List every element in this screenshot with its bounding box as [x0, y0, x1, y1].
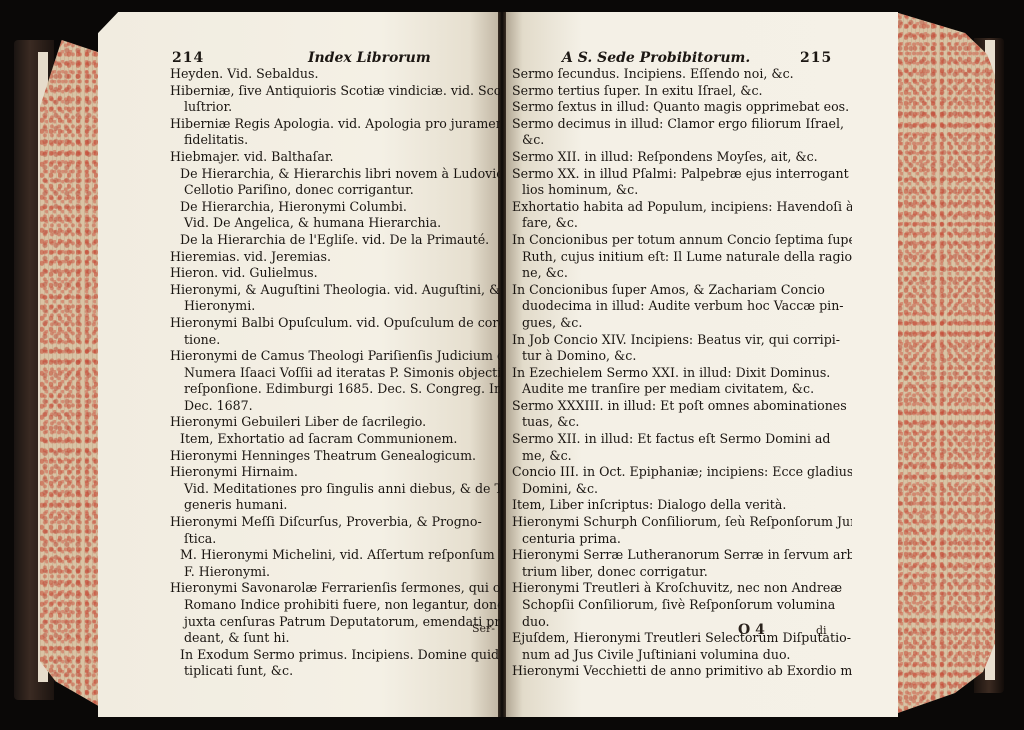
index-entry-line: De Hierarchia, & Hierarchis libri novem … [170, 166, 500, 183]
index-entry-line: Hieronymi Savonarolæ Ferrarienſis ſermon… [170, 580, 500, 597]
index-entry-line: fare, &c. [512, 215, 852, 232]
left-page-number: 214 [172, 50, 204, 66]
index-entry-line: Audite me tranſire per mediam civitatem,… [512, 381, 852, 398]
index-entry-line: In Concionibus per totum annum Concio ſe… [512, 232, 852, 249]
right-page-index-entries: Sermo ſecundus. Incipiens. Eſſendo noi, … [512, 66, 852, 680]
index-entry-line: Sermo XXXIII. in illud: Et poſt omnes ab… [512, 398, 852, 415]
index-entry-line: Hieronymi Henninges Theatrum Genealogicu… [170, 448, 500, 465]
left-catchword: Ser- [472, 622, 495, 635]
index-entry-line: In Concionibus ſuper Amos, & Zachariam C… [512, 282, 852, 299]
index-entry-line: luſtrior. [170, 99, 500, 116]
index-entry-line: Hieronymi Serræ Lutheranorum Serræ in ſe… [512, 547, 852, 564]
left-running-title: Index Librorum [308, 50, 431, 66]
index-entry-line: Hieronymi Hirnaim. [170, 464, 500, 481]
sprinkled-page-edge-right [895, 12, 995, 714]
index-entry-line: Domini, &c. [512, 481, 852, 498]
index-entry-line: deant, & ſunt hi. [170, 630, 500, 647]
right-catchword: di [816, 624, 827, 637]
index-entry-line: ne, &c. [512, 265, 852, 282]
index-entry-line: Hieronymi Balbi Opuſculum. vid. Opuſculu… [170, 315, 500, 332]
index-entry-line: Sermo tertius ſuper. In exitu Iſrael, &c… [512, 83, 852, 100]
index-entry-line: Hieronymi, & Auguſtini Theologia. vid. A… [170, 282, 500, 299]
index-entry-line: Hieronymi Vecchietti de anno primitivo a… [512, 663, 852, 680]
index-entry-line: Hieronymi. [170, 298, 500, 315]
index-entry-line: Vid. De Angelica, & humana Hierarchia. [170, 215, 500, 232]
index-entry-line: &c. [512, 132, 852, 149]
index-entry-line: Dec. 1687. [170, 398, 500, 415]
index-entry-line: Hieronymi Schurph Conſiliorum, ſeù Reſpo… [512, 514, 852, 531]
index-entry-line: Ejuſdem, Hieronymi Treutleri Selectorum … [512, 630, 852, 647]
sprinkled-page-edge-left [40, 40, 102, 708]
index-entry-line: Sermo decimus in illud: Clamor ergo fili… [512, 116, 852, 133]
index-entry-line: Vid. Meditationes pro ſingulis anni dieb… [170, 481, 500, 498]
index-entry-line: Hieremias. vid. Jeremias. [170, 249, 500, 266]
index-entry-line: lios hominum, &c. [512, 182, 852, 199]
index-entry-line: duo. [512, 614, 852, 631]
index-entry-line: De la Hierarchia de l'Egliſe. vid. De la… [170, 232, 500, 249]
index-entry-line: Item, Liber inſcriptus: Dialogo della ve… [512, 497, 852, 514]
index-entry-line: juxta cenſuras Patrum Deputatorum, emend… [170, 614, 500, 631]
left-page-index-entries: Heyden. Vid. Sebaldus.Hiberniæ, ſive Ant… [170, 66, 500, 680]
index-entry-line: tur à Domino, &c. [512, 348, 852, 365]
index-entry-line: Item, Exhortatio ad ſacram Communionem. [170, 431, 500, 448]
index-entry-line: Numera Iſaaci Voſſii ad iteratas P. Simo… [170, 365, 500, 382]
index-entry-line: Sermo ſecundus. Incipiens. Eſſendo noi, … [512, 66, 852, 83]
index-entry-line: Hiberniæ Regis Apologia. vid. Apologia p… [170, 116, 500, 133]
signature-mark: O 4 [738, 622, 765, 638]
index-entry-line: Schopſii Conſiliorum, ſivè Reſponſorum v… [512, 597, 852, 614]
index-entry-line: Sermo XII. in illud: Et factus eſt Sermo… [512, 431, 852, 448]
index-entry-line: Hieronymi de Camus Theologi Pariſienſis … [170, 348, 500, 365]
index-entry-line: Hiberniæ, ſive Antiquioris Scotiæ vindic… [170, 83, 500, 100]
index-entry-line: me, &c. [512, 448, 852, 465]
index-entry-line: In Job Concio XIV. Incipiens: Beatus vir… [512, 332, 852, 349]
index-entry-line: Exhortatio habita ad Populum, incipiens:… [512, 199, 852, 216]
index-entry-line: In Exodum Sermo primus. Incipiens. Domin… [170, 647, 500, 664]
index-entry-line: Sermo XX. in illud Pſalmi: Palpebræ ejus… [512, 166, 852, 183]
index-entry-line: Cellotio Pariſino, donec corrigantur. [170, 182, 500, 199]
index-entry-line: Concio III. in Oct. Epiphaniæ; incipiens… [512, 464, 852, 481]
index-entry-line: generis humani. [170, 497, 500, 514]
index-entry-line: Hieronymi Meſſi Diſcurſus, Proverbia, & … [170, 514, 500, 531]
index-entry-line: tuas, &c. [512, 414, 852, 431]
index-entry-line: Hieron. vid. Gulielmus. [170, 265, 500, 282]
index-entry-line: gues, &c. [512, 315, 852, 332]
index-entry-line: trium liber, donec corrigatur. [512, 564, 852, 581]
right-running-title: A S. Sede Probibitorum. [562, 50, 750, 66]
index-entry-line: M. Hieronymi Michelini, vid. Aſſertum re… [170, 547, 500, 564]
index-entry-line: num ad Jus Civile Juſtiniani volumina du… [512, 647, 852, 664]
index-entry-line: tiplicati ſunt, &c. [170, 663, 500, 680]
index-entry-line: Heyden. Vid. Sebaldus. [170, 66, 500, 83]
index-entry-line: Hieronymi Treutleri à Kroſchuvitz, nec n… [512, 580, 852, 597]
index-entry-line: tione. [170, 332, 500, 349]
index-entry-line: fidelitatis. [170, 132, 500, 149]
index-entry-line: Hiebmajer. vid. Balthaſar. [170, 149, 500, 166]
index-entry-line: Hieronymi Gebuileri Liber de ſacrilegio. [170, 414, 500, 431]
index-entry-line: De Hierarchia, Hieronymi Columbi. [170, 199, 500, 216]
index-entry-line: Sermo XII. in illud: Reſpondens Moyſes, … [512, 149, 852, 166]
index-entry-line: reſponſione. Edimburgi 1685. Dec. S. Con… [170, 381, 500, 398]
index-entry-line: centuria prima. [512, 531, 852, 548]
index-entry-line: duodecima in illud: Audite verbum hoc Va… [512, 298, 852, 315]
index-entry-line: Ruth, cujus initium eſt: Il Lume natural… [512, 249, 852, 266]
index-entry-line: F. Hieronymi. [170, 564, 500, 581]
right-page-number: 215 [800, 50, 832, 66]
index-entry-line: Sermo ſextus in illud: Quanto magis oppr… [512, 99, 852, 116]
index-entry-line: In Ezechielem Sermo XXI. in illud: Dixit… [512, 365, 852, 382]
index-entry-line: Romano Indice prohibiti fuere, non legan… [170, 597, 500, 614]
index-entry-line: ſtica. [170, 531, 500, 548]
